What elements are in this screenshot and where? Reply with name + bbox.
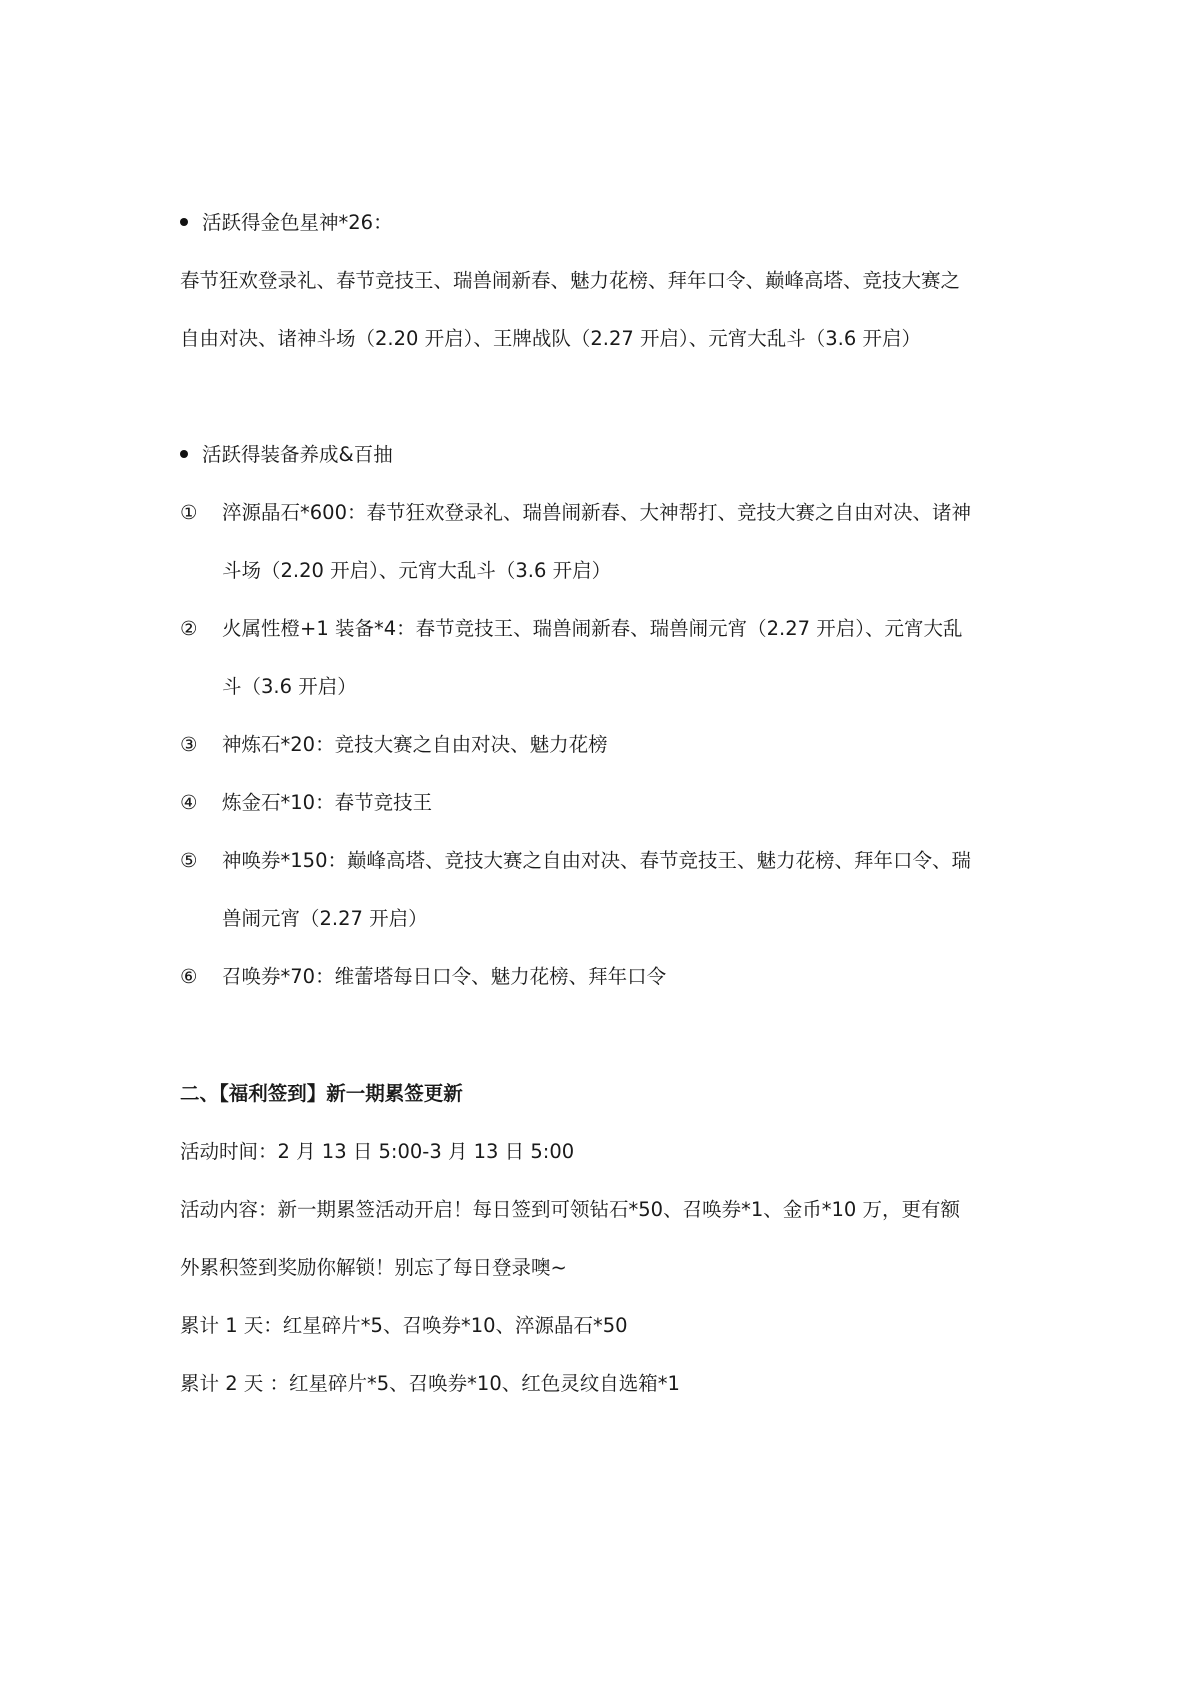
document-page: 活跃得金色星神*26： 春节狂欢登录礼、春节竞技王、瑞兽闹新春、魅力花榜、拜年口… [0,0,1190,1683]
list-item-line: 炼金石*10：春节竞技王 [222,789,432,817]
activity-content-line: 外累积签到奖励你解锁！别忘了每日登录噢~ [180,1254,567,1282]
list-marker: ④ [180,789,197,817]
list-item-line: 神唤券*150：巅峰高塔、竞技大赛之自由对决、春节竞技王、魅力花榜、拜年口令、瑞 [222,847,971,875]
list-marker: ⑥ [180,963,197,991]
list-item-line: 兽闹元宵（2.27 开启） [222,905,428,933]
bullet-heading-equipment: 活跃得装备养成&百抽 [180,441,393,469]
bullet-dot-icon [180,218,188,226]
activity-time: 活动时间：2 月 13 日 5:00-3 月 13 日 5:00 [180,1138,574,1166]
list-item-line: 火属性橙+1 装备*4：春节竞技王、瑞兽闹新春、瑞兽闹元宵（2.27 开启）、元… [222,615,962,643]
reward-line: 累计 1 天：红星碎片*5、召唤券*10、淬源晶石*50 [180,1312,628,1340]
paragraph-line: 春节狂欢登录礼、春节竞技王、瑞兽闹新春、魅力花榜、拜年口令、巅峰高塔、竞技大赛之 [180,267,960,295]
list-item-line: 斗场（2.20 开启）、元宵大乱斗（3.6 开启） [222,557,611,585]
section-heading: 二、【福利签到】新一期累签更新 [180,1080,463,1108]
list-item-line: 斗（3.6 开启） [222,673,357,701]
list-marker: ③ [180,731,197,759]
activity-content-line: 活动内容：新一期累签活动开启！每日签到可领钻石*50、召唤券*1、金币*10 万… [180,1196,960,1224]
bullet-title: 活跃得装备养成&百抽 [202,443,393,466]
bullet-heading-golden-star: 活跃得金色星神*26： [180,209,393,237]
bullet-dot-icon [180,450,188,458]
list-item-line: 淬源晶石*600：春节狂欢登录礼、瑞兽闹新春、大神帮打、竞技大赛之自由对决、诸神 [222,499,971,527]
list-marker: ⑤ [180,847,197,875]
paragraph-line: 自由对决、诸神斗场（2.20 开启）、王牌战队（2.27 开启）、元宵大乱斗（3… [180,325,921,353]
list-marker: ① [180,499,197,527]
list-marker: ② [180,615,197,643]
bullet-title: 活跃得金色星神*26： [202,211,393,234]
list-item-line: 神炼石*20：竞技大赛之自由对决、魅力花榜 [222,731,608,759]
list-item-line: 召唤券*70：维蕾塔每日口令、魅力花榜、拜年口令 [222,963,666,991]
reward-line: 累计 2 天 ：红星碎片*5、召唤券*10、红色灵纹自选箱*1 [180,1370,680,1398]
